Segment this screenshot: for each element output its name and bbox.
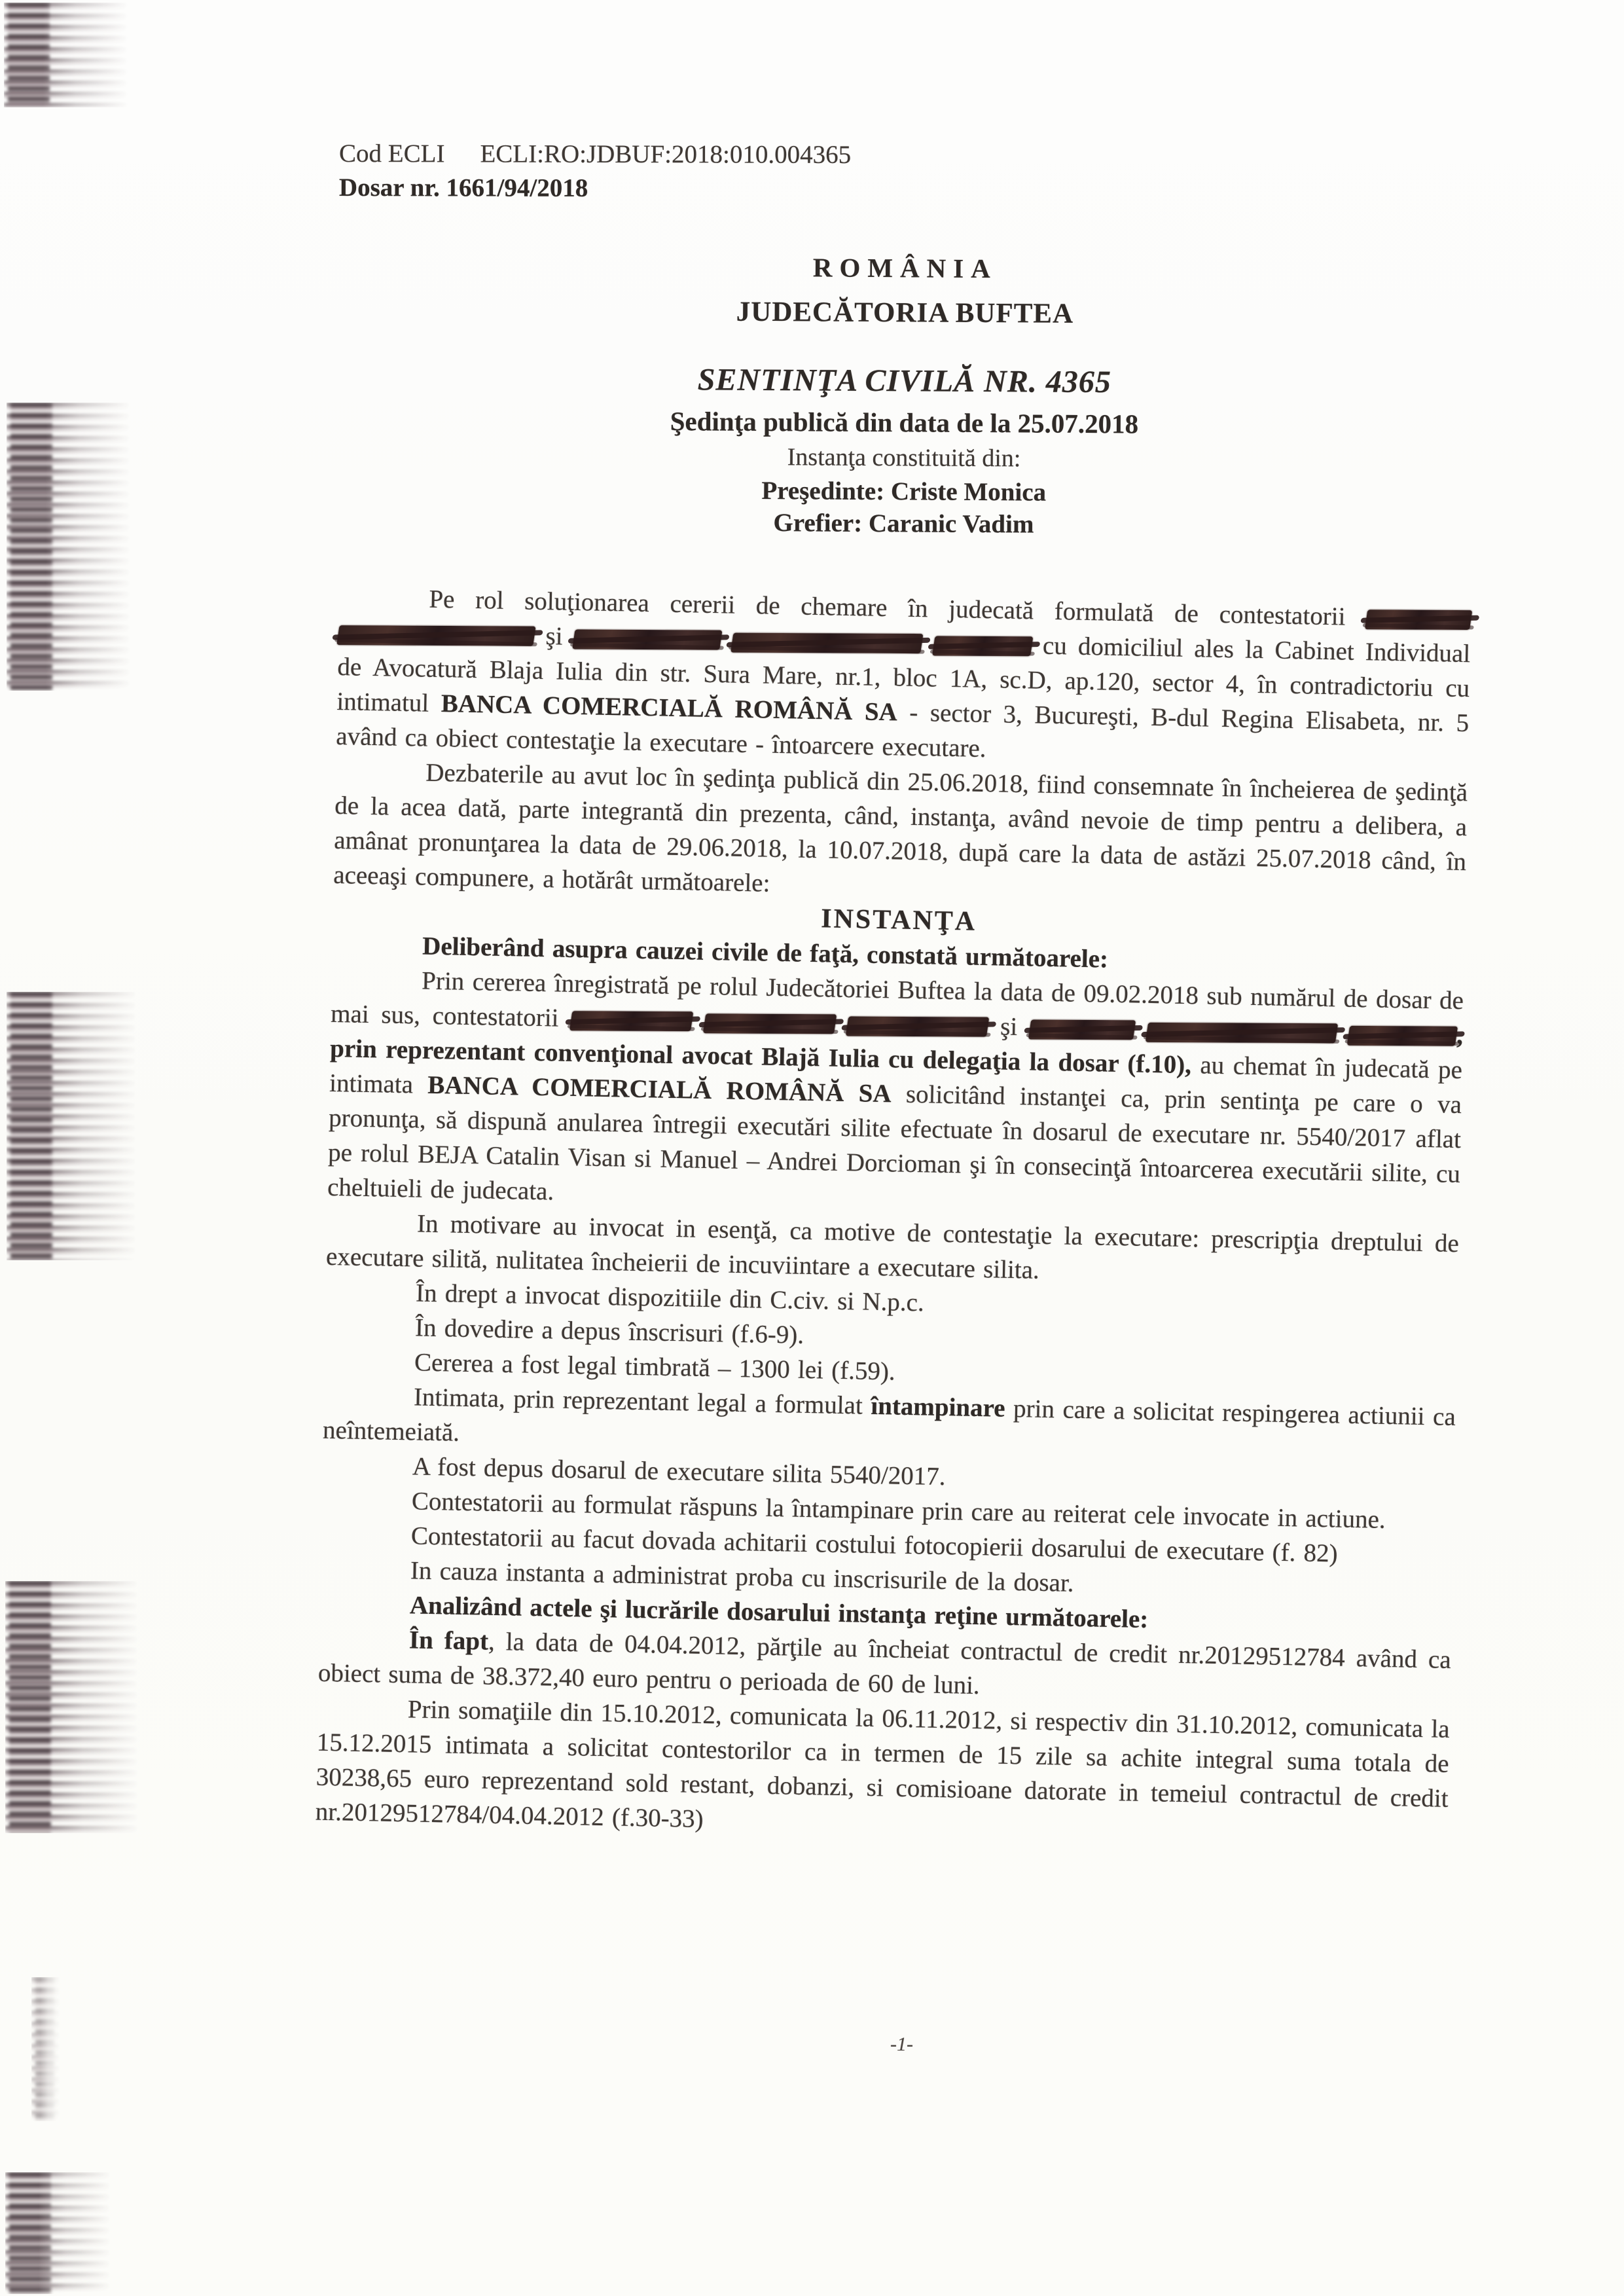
redaction-bar xyxy=(1365,610,1472,630)
redaction-bar xyxy=(932,636,1033,657)
redaction-bar xyxy=(1028,1020,1136,1040)
scanned-court-document-page: Cod ECLIECLI:RO:JDBUF:2018:010.004365 Do… xyxy=(0,0,1624,2296)
ecli-line: Cod ECLIECLI:RO:JDBUF:2018:010.004365 xyxy=(339,138,851,171)
redaction-bar xyxy=(336,625,535,646)
redaction-bar xyxy=(731,633,924,653)
paragraph-debates: Dezbaterile au avut loc în şedinţa publi… xyxy=(333,754,1468,914)
president-line: Preşedinte: Criste Monica xyxy=(338,473,1470,510)
ecli-label: Cod ECLI xyxy=(339,139,445,168)
redaction-bar xyxy=(846,1017,989,1037)
scan-smudge-lower xyxy=(5,1581,146,1833)
document-meta: Cod ECLIECLI:RO:JDBUF:2018:010.004365 Do… xyxy=(339,138,851,204)
country-title: ROMÂNIA xyxy=(339,249,1471,287)
redaction-bar xyxy=(703,1013,837,1034)
page-number: -1- xyxy=(890,2033,913,2056)
clerk-line: Grefier: Caranic Vadim xyxy=(337,505,1470,542)
redaction-bar xyxy=(569,1011,693,1031)
case-number-line: Dosar nr. 1661/94/2018 xyxy=(339,172,851,205)
document-header: ROMÂNIA JUDECĂTORIA BUFTEA SENTINŢA CIVI… xyxy=(337,249,1471,542)
redaction-bar xyxy=(572,629,722,649)
paragraph-roll: Pe rol soluţionarea cererii de chemare î… xyxy=(336,580,1471,775)
court-name: JUDECĂTORIA BUFTEA xyxy=(338,293,1471,333)
redaction-bar xyxy=(1347,1026,1458,1046)
session-line: Şedinţa publică din data de la 25.07.201… xyxy=(338,403,1470,442)
constitution-line: Instanţa constituită din: xyxy=(338,440,1470,476)
scan-smudge-bottom xyxy=(5,2172,117,2294)
sentence-title: SENTINŢA CIVILĂ NR. 4365 xyxy=(338,359,1471,403)
paragraph-summons: Prin somaţiile din 15.10.2012, comunicat… xyxy=(315,1690,1450,1851)
paragraph-request: Prin cererea înregistrată pe rolul Judec… xyxy=(327,962,1464,1226)
scan-smudge-faint xyxy=(31,1977,62,2121)
scan-smudge-upper xyxy=(7,403,137,691)
redaction-bar xyxy=(1145,1023,1337,1043)
ecli-value: ECLI:RO:JDBUF:2018:010.004365 xyxy=(480,140,851,169)
document-body: Pe rol soluţionarea cererii de chemare î… xyxy=(315,580,1471,1851)
scan-smudge-top xyxy=(4,3,135,107)
scan-smudge-middle xyxy=(7,992,144,1260)
